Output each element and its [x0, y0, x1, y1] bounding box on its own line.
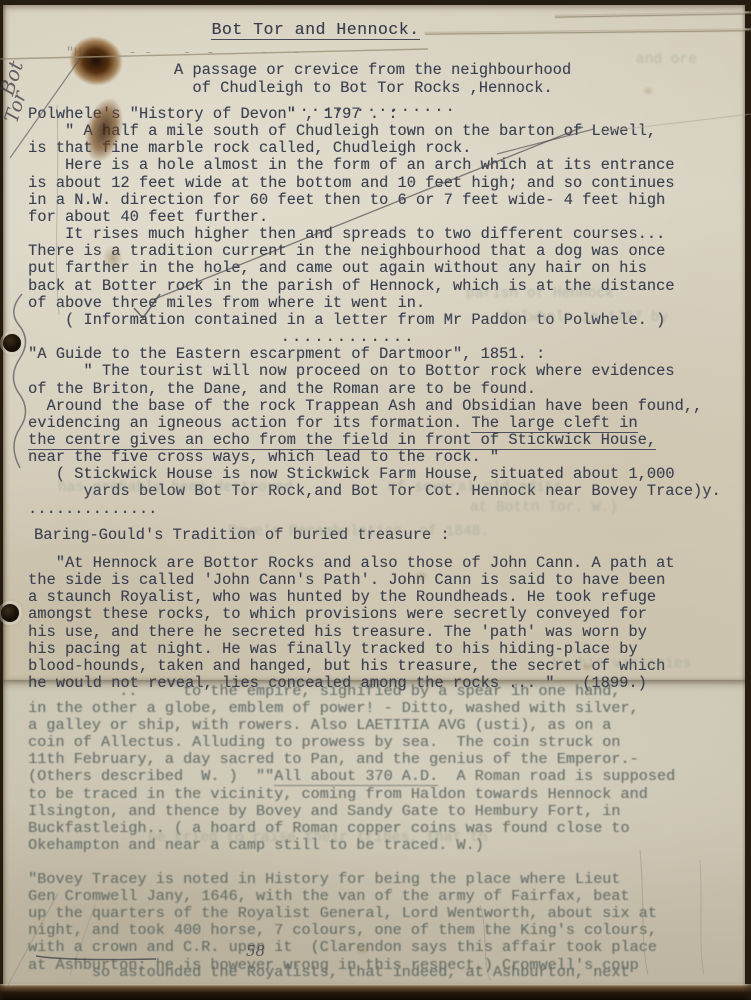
pencil-marks — [0, 0, 751, 1000]
scanned-document: "H - - - - - - - Bot Tor and Hennock. A … — [0, 0, 751, 1000]
scan-edge — [742, 0, 751, 1000]
scan-edge — [0, 0, 6, 1000]
